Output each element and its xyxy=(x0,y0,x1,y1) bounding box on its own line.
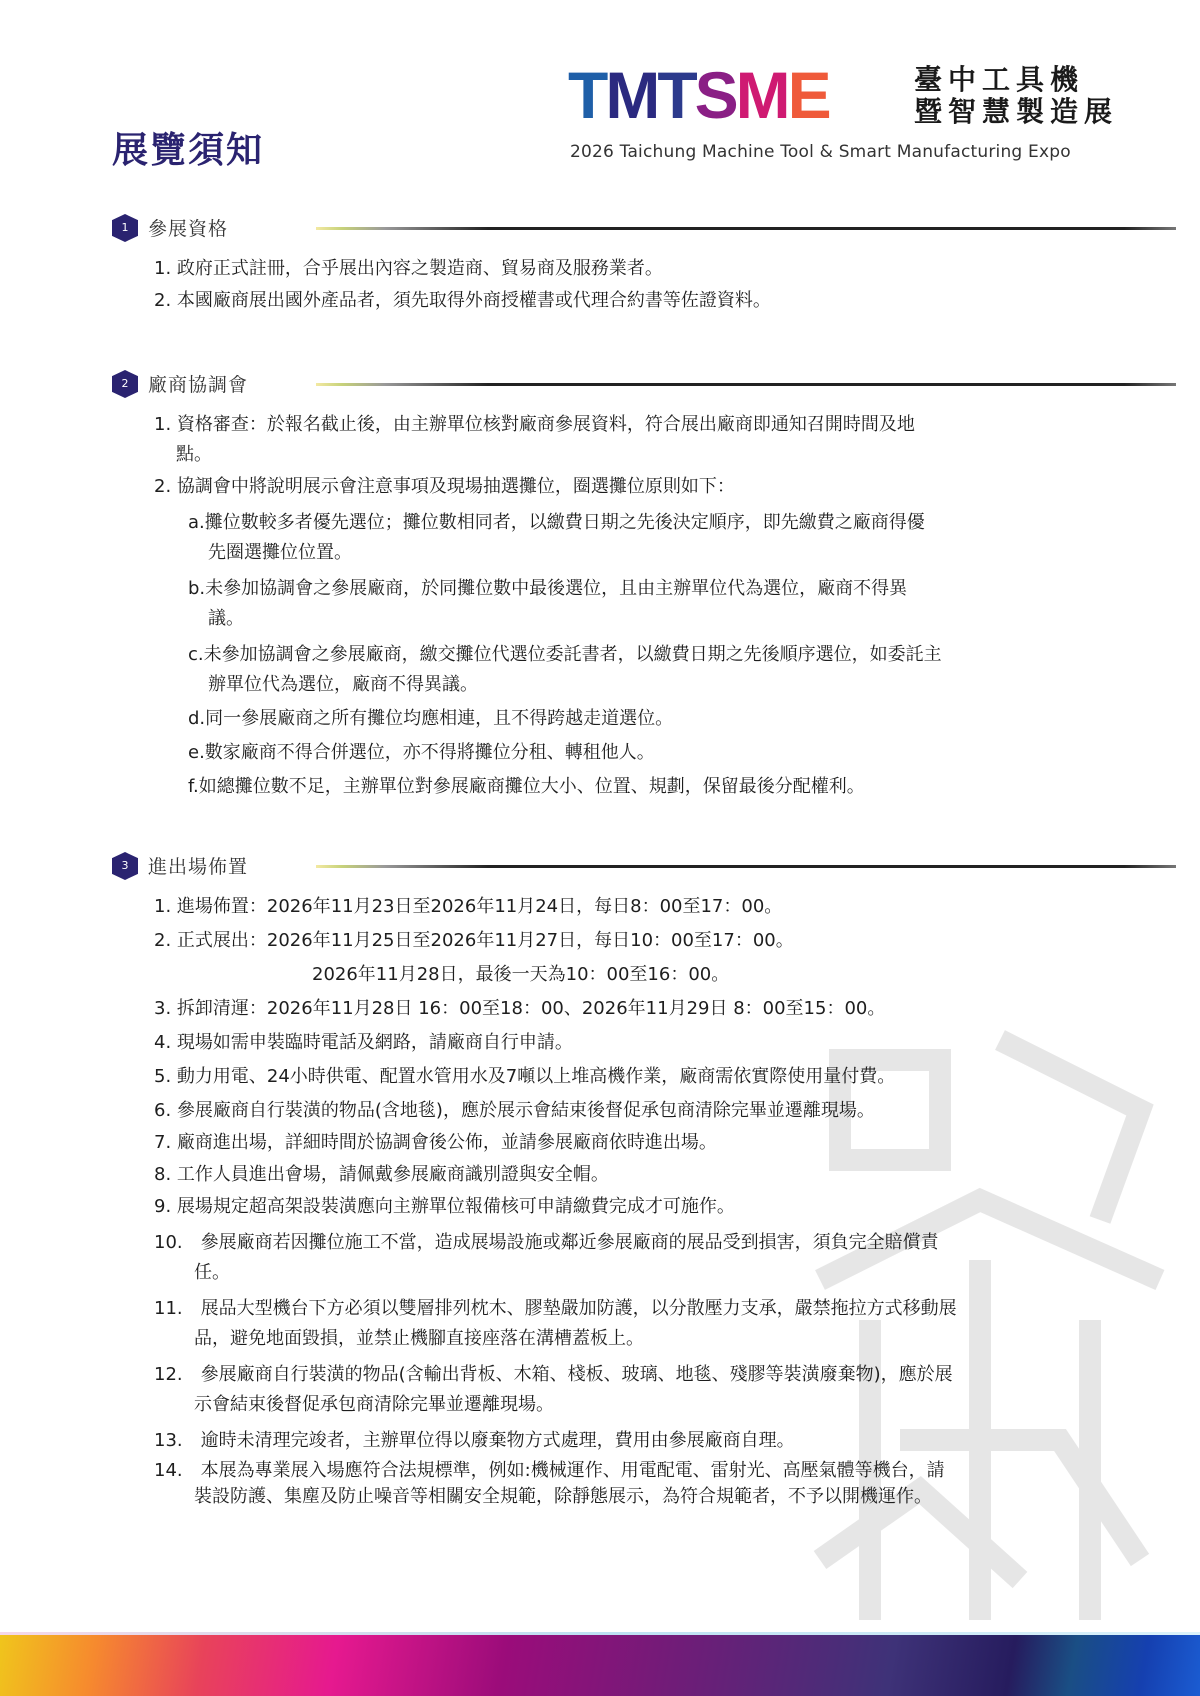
list-item: 2. 正式展出：2026年11月25日至2026年11月27日，每日10：00至… xyxy=(112,926,962,956)
logo-letter: T xyxy=(657,58,694,132)
list-item: 11. 展品大型機台下方必須以雙層排列枕木、膠墊嚴加防護，以分散壓力支承，嚴禁拖… xyxy=(112,1294,962,1354)
item-list: 1. 政府正式註冊，合乎展出內容之製造商、貿易商及服務業者。 2. 本國廠商展出… xyxy=(112,254,1072,316)
list-item: 4. 現場如需申裝臨時電話及網路，請廠商自行申請。 xyxy=(112,1028,962,1058)
section-header: 3 進出場佈置 xyxy=(112,850,1072,880)
section-title: 廠商協調會 xyxy=(148,370,248,397)
list-item: 12. 參展廠商自行裝潢的物品(含輸出背板、木箱、棧板、玻璃、地毯、殘膠等裝潢廢… xyxy=(112,1360,962,1420)
logo-cn-line2: 暨智慧製造展 xyxy=(914,96,1118,128)
list-item: 2. 協調會中將說明展示會注意事項及現場抽選攤位，圈選攤位原則如下： xyxy=(112,472,942,502)
section-header: 1 參展資格 xyxy=(112,212,1072,242)
list-item: 6. 參展廠商自行裝潢的物品(含地毯)，應於展示會結束後督促承包商清除完畢並遷離… xyxy=(112,1096,962,1126)
list-item: 2. 本國廠商展出國外產品者，須先取得外商授權書或代理合約書等佐證資料。 xyxy=(112,286,1072,316)
sub-list-item: a.攤位數較多者優先選位；攤位數相同者，以繳費日期之先後決定順序，即先繳費之廠商… xyxy=(112,508,942,568)
list-item: 9. 展場規定超高架設裝潢應向主辦單位報備核可申請繳費完成才可施作。 xyxy=(112,1192,962,1222)
logo-chinese-name: 臺中工具機 暨智慧製造展 xyxy=(914,64,1118,128)
list-item: 1. 資格審查：於報名截止後，由主辦單位核對廠商參展資料，符合展出廠商即通知召開… xyxy=(112,410,942,470)
logo-mark: TMTSME xyxy=(568,62,829,128)
section-title: 參展資格 xyxy=(148,214,228,241)
footer-gradient-bar xyxy=(0,1635,1200,1696)
logo-letter: E xyxy=(788,58,829,132)
sub-list-item: b.未參加協調會之參展廠商，於同攤位數中最後選位，且由主辦單位代為選位，廠商不得… xyxy=(112,574,942,634)
logo-letter: T xyxy=(568,58,605,132)
section-divider xyxy=(316,865,1176,868)
list-item: 13. 逾時未清理完竣者，主辦單位得以廢棄物方式處理，費用由參展廠商自理。 xyxy=(112,1426,962,1456)
page-title: 展覽須知 xyxy=(112,122,264,173)
list-item: 1. 政府正式註冊，合乎展出內容之製造商、貿易商及服務業者。 xyxy=(112,254,1072,284)
list-item: 5. 動力用電、24小時供電、配置水管用水及7噸以上堆高機作業，廠商需依實際使用… xyxy=(112,1062,962,1092)
section-header: 2 廠商協調會 xyxy=(112,368,1072,398)
logo-cn-line1: 臺中工具機 xyxy=(914,64,1118,96)
sub-list-item: c.未參加協調會之參展廠商，繳交攤位代選位委託書者，以繳費日期之先後順序選位，如… xyxy=(112,640,942,700)
list-item: 8. 工作人員進出會場，請佩戴參展廠商識別證與安全帽。 xyxy=(112,1160,962,1190)
section-divider xyxy=(316,383,1176,386)
list-item: 1. 進場佈置：2026年11月23日至2026年11月24日，每日8：00至1… xyxy=(112,892,962,922)
sub-list-item: f.如總攤位數不足，主辦單位對參展廠商攤位大小、位置、規劃，保留最後分配權利。 xyxy=(112,772,942,802)
list-item: 3. 拆卸清運：2026年11月28日 16：00至18：00、2026年11月… xyxy=(112,994,962,1024)
item-list: 1. 進場佈置：2026年11月23日至2026年11月24日，每日8：00至1… xyxy=(112,892,962,1510)
section-move-in-setup: 3 進出場佈置 1. 進場佈置：2026年11月23日至2026年11月24日，… xyxy=(112,850,1072,1512)
logo-letter: M xyxy=(605,58,657,132)
list-item: 10. 參展廠商若因攤位施工不當，造成展場設施或鄰近參展廠商的展品受到損害，須負… xyxy=(112,1228,962,1288)
list-item: 7. 廠商進出場，詳細時間於協調會後公佈，並請參展廠商依時進出場。 xyxy=(112,1128,962,1158)
expo-logo: TMTSME 臺中工具機 暨智慧製造展 2026 Taichung Machin… xyxy=(568,60,1128,170)
sub-list-item: d.同一參展廠商之所有攤位均應相連，且不得跨越走道選位。 xyxy=(112,704,942,734)
section-number-badge-icon: 1 xyxy=(112,214,138,242)
logo-letter: S xyxy=(695,58,736,132)
list-item: 14. 本展為專業展入場應符合法規標準，例如:機械運作、用電配電、雷射光、高壓氣… xyxy=(112,1458,962,1510)
section-eligibility: 1 參展資格 1. 政府正式註冊，合乎展出內容之製造商、貿易商及服務業者。 2.… xyxy=(112,212,1072,318)
sub-list-item: e.數家廠商不得合併選位，亦不得將攤位分租、轉租他人。 xyxy=(112,738,942,768)
section-divider xyxy=(316,227,1176,230)
item-list: 1. 資格審查：於報名截止後，由主辦單位核對廠商參展資料，符合展出廠商即通知召開… xyxy=(112,410,942,802)
logo-letter: M xyxy=(736,58,788,132)
section-number-badge-icon: 2 xyxy=(112,370,138,398)
section-coordination-meeting: 2 廠商協調會 1. 資格審查：於報名截止後，由主辦單位核對廠商參展資料，符合展… xyxy=(112,368,1072,804)
section-number-badge-icon: 3 xyxy=(112,852,138,880)
section-title: 進出場佈置 xyxy=(148,852,248,879)
logo-english-subtitle: 2026 Taichung Machine Tool & Smart Manuf… xyxy=(570,142,1071,162)
list-item-continuation: 2026年11月28日，最後一天為10：00至16：00。 xyxy=(112,960,962,990)
